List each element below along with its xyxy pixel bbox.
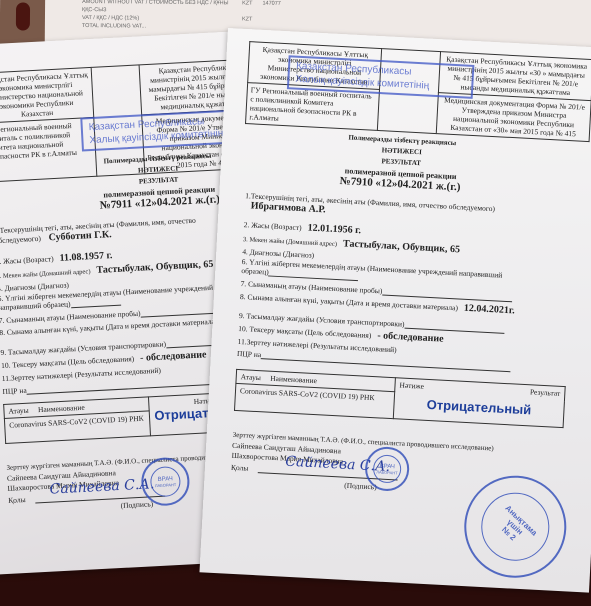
signature-caption: (Подпись) [120, 499, 153, 510]
pcr-result-document-right: Қазақстан Республикасы Ұлттық экономика … [199, 28, 591, 593]
result-table: Атауы Наименование НәтижеРезультат Отриц… [234, 369, 566, 428]
field-name: 1.Тексерушінің тегі, аты, әкесінің аты (… [244, 191, 505, 225]
field-name: 1.Тексерушінің тегі, аты, әкесінің аты (… [0, 214, 225, 246]
total-label: TOTAL INCLUDING VAT... [82, 22, 232, 31]
result-negative: Отрицательный [398, 395, 560, 418]
film-strip-image [0, 0, 45, 48]
amount-label: AMOUNT WITHOUT VAT / СТОИМОСТЬ БЕЗ НДС /… [82, 0, 232, 15]
document-title: Полимеразды тізбектү реакциясы НӘТИЖЕСІ … [290, 130, 513, 196]
invoice-lines: AMOUNT WITHOUT VAT / СТОИМОСТЬ БЕЗ НДС /… [82, 0, 281, 32]
round-stamp-hospital: Анықтама үшін № 2 [462, 473, 569, 580]
